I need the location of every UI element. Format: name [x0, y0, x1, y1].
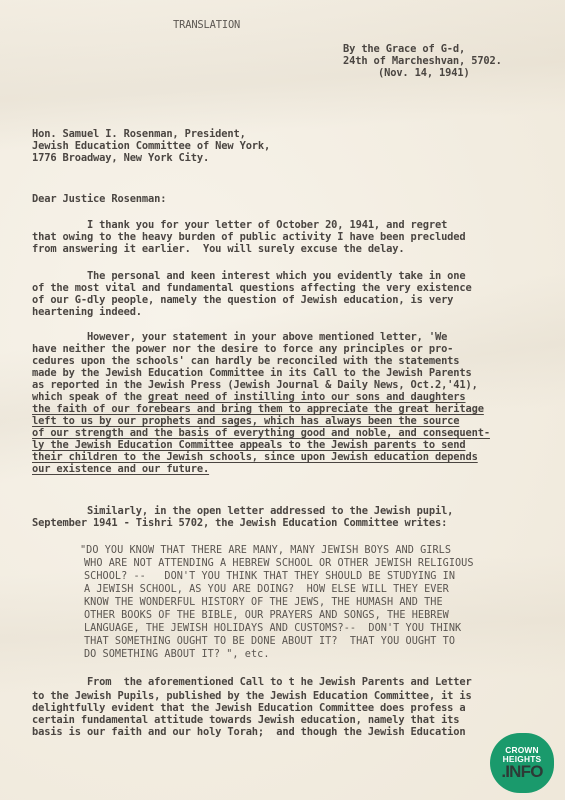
salutation: Dear Justice Rosenman: — [32, 193, 166, 205]
paragraph-line: I thank you for your letter of October 2… — [32, 219, 447, 231]
dateline-line: 24th of Marcheshvan, 5702. — [343, 55, 502, 67]
underlined-passage: our existence and our future. — [32, 463, 209, 475]
paragraph-line: as reported in the Jewish Press (Jewish … — [32, 379, 478, 391]
paragraph-line: From the aforementioned Call to t he Jew… — [32, 676, 472, 688]
address-line: Jewish Education Committee of New York, — [32, 140, 270, 152]
paragraph-line: of our G-dly people, namely the question… — [32, 294, 453, 306]
paragraph-line: September 1941 - Tishri 5702, the Jewish… — [32, 517, 447, 529]
underlined-passage: ly the Jewish Education Committee appeal… — [32, 439, 466, 451]
quote-line: LANGUAGE, THE JEWISH HOLIDAYS AND CUSTOM… — [84, 623, 461, 635]
underlined-passage: great need of instilling into our sons a… — [148, 391, 466, 403]
paragraph-line: to the Jewish Pupils, published by the J… — [32, 690, 472, 702]
paragraph-line: basis is our faith and our holy Torah; a… — [32, 726, 466, 738]
paragraph-line: heartening indeed. — [32, 306, 142, 318]
paragraph-line: that owing to the heavy burden of public… — [32, 231, 466, 243]
paragraph-line: which speak of the great need of instill… — [32, 391, 466, 403]
address-line: Hon. Samuel I. Rosenman, President, — [32, 128, 246, 140]
document-heading: TRANSLATION — [173, 19, 240, 31]
paragraph-line: of the most vital and fundamental questi… — [32, 282, 472, 294]
paragraph-line: made by the Jewish Education Committee i… — [32, 367, 472, 379]
underlined-passage: their children to the Jewish schools, si… — [32, 451, 478, 463]
quote-line: "DO YOU KNOW THAT THERE ARE MANY, MANY J… — [80, 545, 451, 557]
paragraph-line: have neither the power nor the desire to… — [32, 343, 453, 355]
quote-line: WHO ARE NOT ATTENDING A HEBREW SCHOOL OR… — [84, 558, 474, 570]
paragraph-line: certain fundamental attitude towards Jew… — [32, 714, 459, 726]
quote-line: A JEWISH SCHOOL, AS YOU ARE DOING? HOW E… — [84, 584, 449, 596]
quote-line: KNOW THE WONDERFUL HISTORY OF THE JEWS, … — [84, 597, 443, 609]
quote-line: SCHOOL? -- DON'T YOU THINK THAT THEY SHO… — [84, 571, 455, 583]
address-line: 1776 Broadway, New York City. — [32, 152, 209, 164]
paragraph-line: The personal and keen interest which you… — [32, 270, 466, 282]
underlined-passage: the faith of our forebears and bring the… — [32, 403, 484, 415]
paragraph-line: Similarly, in the open letter addressed … — [32, 505, 453, 517]
paragraph-line: cedures upon the schools' can hardly be … — [32, 355, 459, 367]
logo-text: .INFO — [501, 764, 542, 780]
underlined-passage: left to us by our prophets and sages, wh… — [32, 415, 459, 427]
quote-line: OTHER BOOKS OF THE BIBLE, OUR PRAYERS AN… — [84, 610, 449, 622]
paragraph-text: which speak of the — [32, 391, 148, 403]
paragraph-line: delightfully evident that the Jewish Edu… — [32, 702, 466, 714]
dateline-line: By the Grace of G-d, — [343, 43, 465, 55]
quote-line: THAT SOMETHING OUGHT TO BE DONE ABOUT IT… — [84, 636, 455, 648]
paragraph-line: from answering it earlier. You will sure… — [32, 243, 404, 255]
paragraph-line: However, your statement in your above me… — [32, 331, 447, 343]
quote-line: DO SOMETHING ABOUT IT? ", etc. — [84, 649, 270, 661]
dateline-line: (Nov. 14, 1941) — [378, 67, 470, 79]
crownheights-watermark-logo: CROWN HEIGHTS .INFO — [490, 733, 554, 793]
letter-page: TRANSLATION By the Grace of G-d, 24th of… — [0, 0, 565, 800]
underlined-passage: of our strength and the basis of everyth… — [32, 427, 490, 439]
